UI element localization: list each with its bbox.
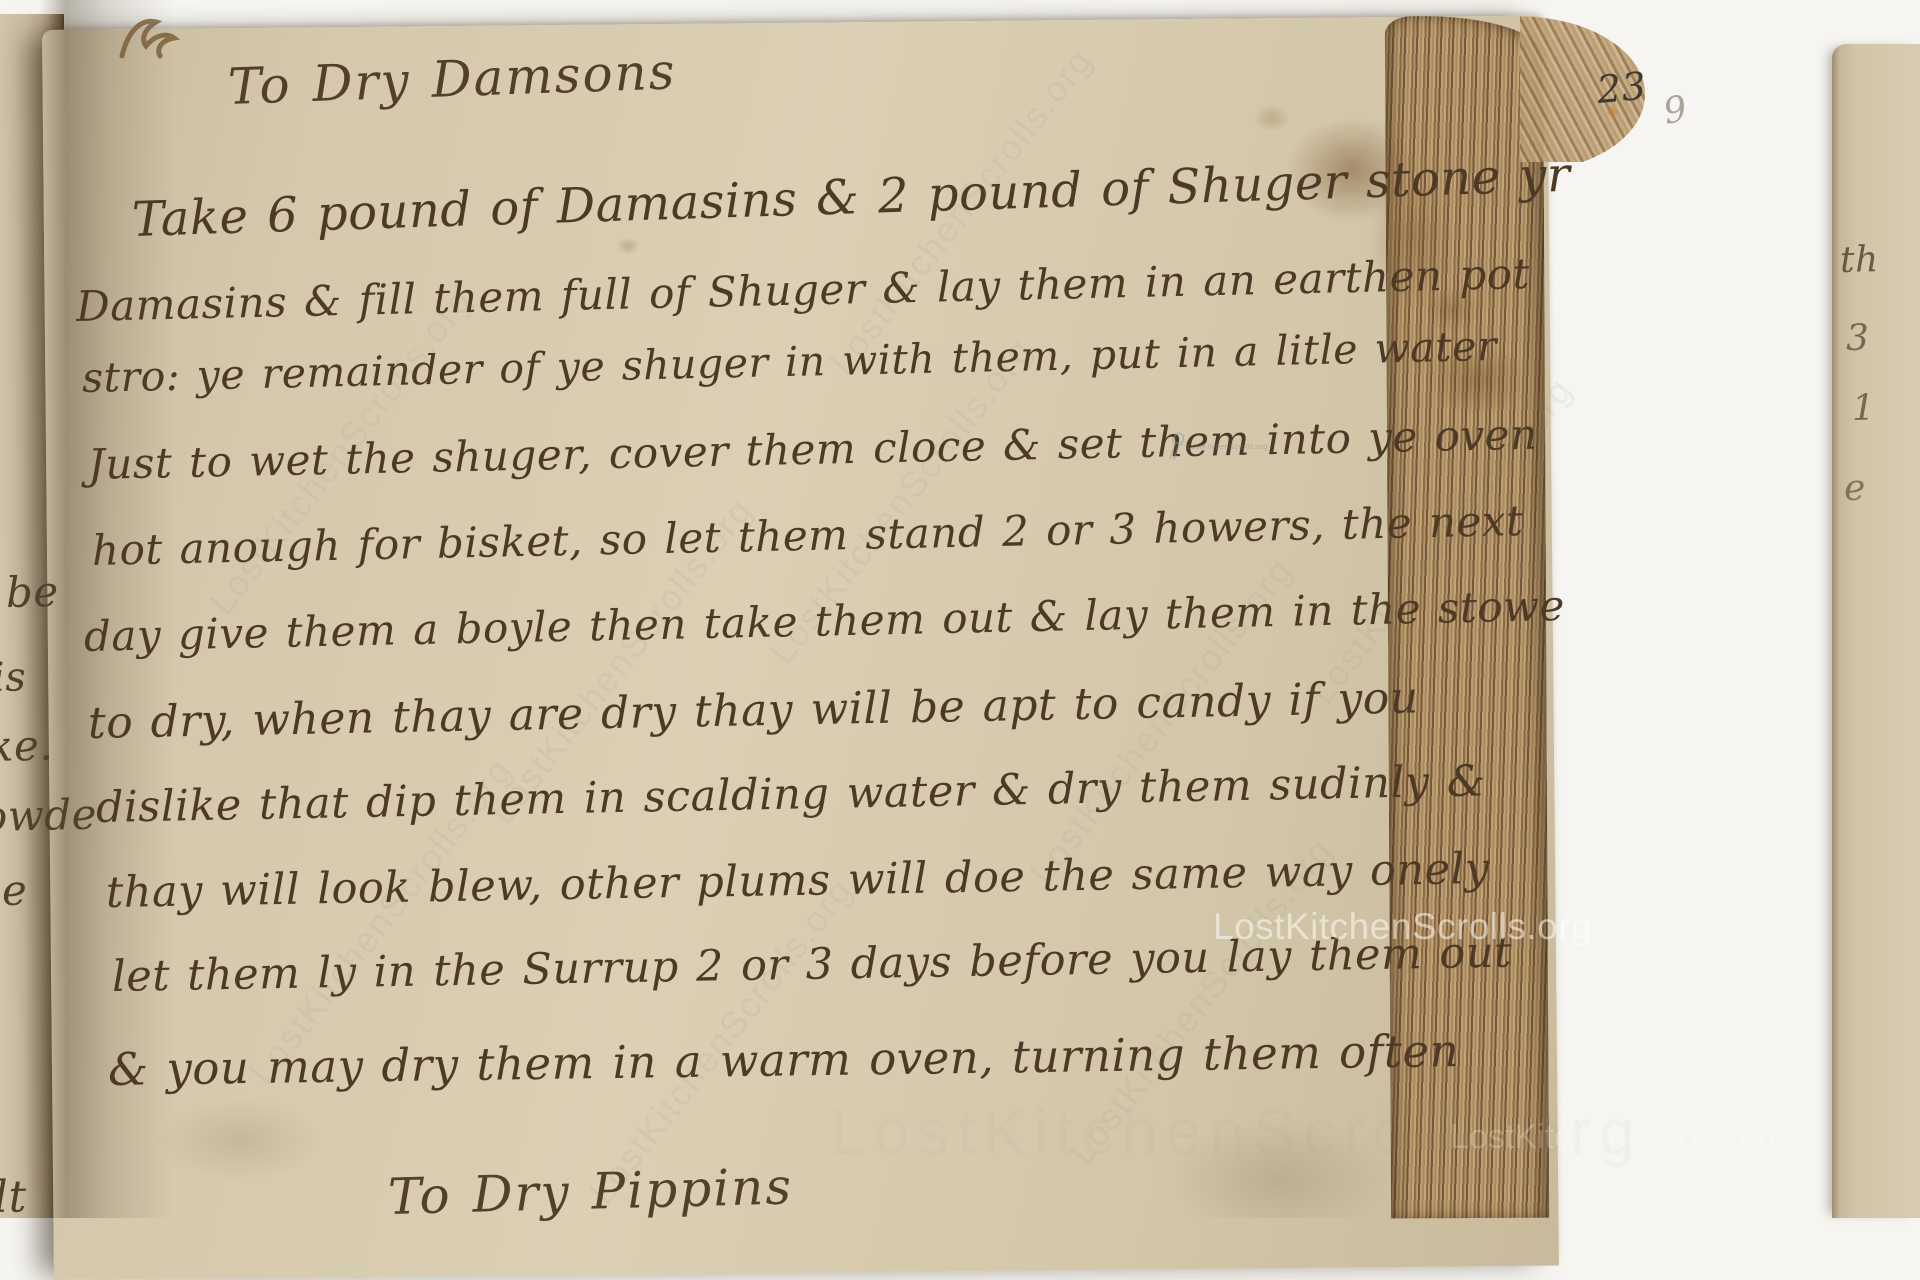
- binding-thread: [116, 12, 188, 64]
- paper-stains: [0, 0, 1920, 1218]
